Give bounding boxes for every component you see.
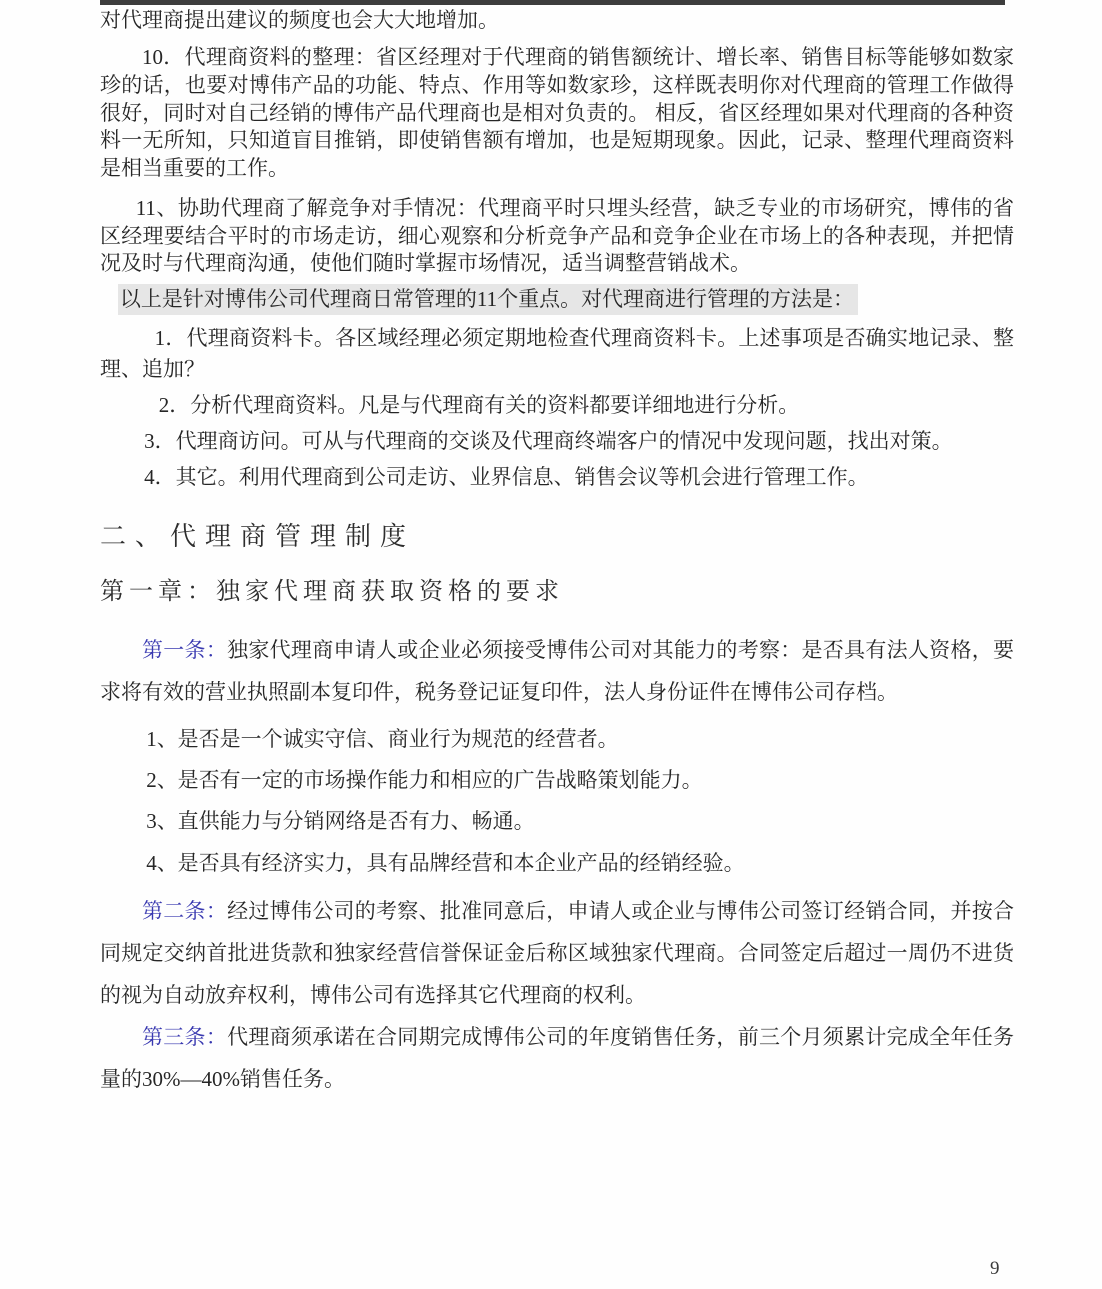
article-3-label: 第三条： [142, 1025, 227, 1049]
criteria-item-1: 1、是否是一个诚实守信、商业行为规范的经营者。 [100, 725, 1014, 754]
article-3-text: 代理商须承诺在合同期完成博伟公司的年度销售任务，前三个月须累计完成全年任务量的3… [100, 1025, 1014, 1091]
opening-line: 对代理商提出建议的频度也会大大地增加。 [100, 7, 1014, 34]
article-2-label: 第二条： [142, 899, 227, 923]
page-number: 9 [990, 1258, 1000, 1280]
paragraph-item-10: 10．代理商资料的整理：省区经理对于代理商的销售额统计、增长率、销售目标等能够如… [100, 44, 1014, 183]
method-item-4: 4．其它。利用代理商到公司走访、业界信息、销售会议等机会进行管理工作。 [100, 462, 1014, 492]
document-content: 对代理商提出建议的频度也会大大地增加。 10．代理商资料的整理：省区经理对于代理… [100, 0, 1014, 1100]
highlighted-summary-text: 以上是针对博伟公司代理商日常管理的11个重点。对代理商进行管理的方法是： [118, 284, 858, 315]
article-2: 第二条：经过博伟公司的考察、批准同意后，申请人或企业与博伟公司签订经销合同，并按… [100, 890, 1014, 1016]
article-2-text: 经过博伟公司的考察、批准同意后，申请人或企业与博伟公司签订经销合同，并按合同规定… [100, 899, 1014, 1007]
highlighted-summary-line: 以上是针对博伟公司代理商日常管理的11个重点。对代理商进行管理的方法是： [100, 284, 1014, 314]
method-item-3: 3．代理商访问。可从与代理商的交谈及代理商终端客户的情况中发现问题，找出对策。 [100, 426, 1014, 456]
paragraph-item-11: 11、协助代理商了解竞争对手情况：代理商平时只埋头经营，缺乏专业的市场研究，博伟… [100, 195, 1014, 278]
article-1-label: 第一条： [142, 638, 227, 662]
chapter-heading: 第一章：独家代理商获取资格的要求 [100, 577, 1014, 608]
section-heading: 二、代理商管理制度 [100, 520, 1014, 554]
criteria-item-3: 3、直供能力与分销网络是否有力、畅通。 [100, 807, 1014, 836]
criteria-item-2: 2、是否有一定的市场操作能力和相应的广告战略策划能力。 [100, 766, 1014, 795]
article-1: 第一条：独家代理商申请人或企业必须接受博伟公司对其能力的考察：是否具有法人资格，… [100, 629, 1014, 713]
criteria-item-4: 4、是否具有经济实力，具有品牌经营和本企业产品的经销经验。 [100, 849, 1014, 878]
article-3: 第三条：代理商须承诺在合同期完成博伟公司的年度销售任务，前三个月须累计完成全年任… [100, 1016, 1014, 1100]
article-1-text: 独家代理商申请人或企业必须接受博伟公司对其能力的考察：是否具有法人资格，要求将有… [100, 638, 1014, 704]
qualification-criteria-list: 1、是否是一个诚实守信、商业行为规范的经营者。 2、是否有一定的市场操作能力和相… [100, 725, 1014, 879]
document-page: 对代理商提出建议的频度也会大大地增加。 10．代理商资料的整理：省区经理对于代理… [0, 0, 1102, 1289]
method-item-1: 1．代理商资料卡。各区域经理必须定期地检查代理商资料卡。上述事项是否确实地记录、… [100, 323, 1014, 383]
method-item-2: 2．分析代理商资料。凡是与代理商有关的资料都要详细地进行分析。 [100, 390, 1014, 420]
